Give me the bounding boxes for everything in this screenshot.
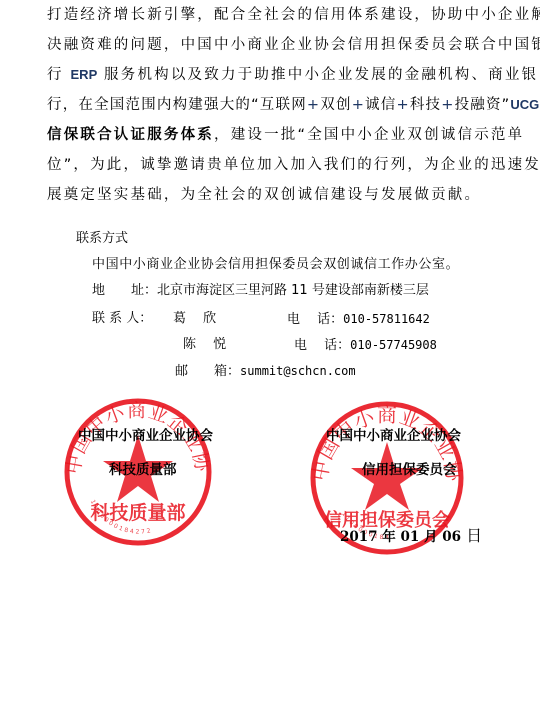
- paragraph-line: 打造经济增长新引擎，配合全社会的信用体系建设，协助中小企业解: [47, 4, 492, 26]
- ucg-term: UCG: [510, 97, 539, 112]
- left-org-label: 中国中小商业企业协会: [78, 424, 213, 444]
- left-dept-label: 科技质量部: [109, 458, 177, 478]
- plus-sign: +: [307, 97, 320, 113]
- date-month: 01: [400, 529, 419, 545]
- text-segment: 行，在全国范围内构建强大的“互联网: [47, 97, 307, 113]
- bold-term: 信保联合认证服务体系: [47, 127, 214, 143]
- paragraph-line: 展奠定坚实基础，为全社会的双创诚信建设与发展做贡献。: [47, 184, 492, 206]
- date-day: 06: [442, 529, 461, 545]
- phone-row-1: 电 话：010-57811642: [287, 309, 430, 330]
- phone-row-2: 电 话：010-57745908: [294, 335, 437, 356]
- right-dept-label: 信用担保委员会: [362, 458, 457, 478]
- date-day-unit: 日: [461, 526, 482, 545]
- email-label: 邮 箱：: [175, 364, 240, 379]
- text-segment: 服务机构以及致力于助推中小企业发展的金融机构、商业银: [97, 67, 538, 83]
- paragraph-line: 行 ERP 服务机构以及致力于助推中小企业发展的金融机构、商业银: [47, 64, 492, 86]
- contact-person-2-name: 陈 悦: [183, 335, 226, 355]
- text-segment: ，建设一批“全国中小企业双创诚信示范单: [214, 127, 524, 143]
- text-segment: 双创: [320, 97, 351, 113]
- contact-person-row-1: 联 系 人：: [92, 309, 152, 329]
- erp-term: ERP: [71, 67, 98, 82]
- text-segment: 投融资”: [455, 97, 511, 113]
- paragraph-line: 信保联合认证服务体系，建设一批“全国中小企业双创诚信示范单: [47, 124, 492, 146]
- signing-date: 2017 年 01 月 06 日: [340, 523, 482, 546]
- phone-label: 电 话：: [287, 312, 343, 327]
- contact-person-label: 联 系 人：: [92, 311, 152, 326]
- contact-person-1-name: 葛 欣: [173, 309, 216, 329]
- plus-sign: +: [441, 97, 454, 113]
- phone-value: 010-57811642: [343, 312, 430, 326]
- paragraph-line: 行，在全国范围内构建强大的“互联网+双创+诚信+科技+投融资”UCG: [47, 94, 492, 116]
- date-year: 2017: [340, 529, 378, 545]
- plus-sign: +: [352, 97, 365, 113]
- phone-label: 电 话：: [294, 338, 350, 353]
- contact-heading: 联系方式: [76, 229, 128, 249]
- date-year-unit: 年: [378, 529, 401, 545]
- text-segment: 诚信: [365, 97, 396, 113]
- text-segment: 科技: [410, 97, 441, 113]
- paragraph-line: 位”，为此，诚挚邀请贵单位加入加入我们的行列，为企业的迅速发: [47, 154, 492, 176]
- address-row: 地 址：北京市海淀区三里河路 11 号建设部南新楼三层: [92, 281, 429, 301]
- email-row: 邮 箱：summit@schcn.com: [175, 361, 356, 382]
- paragraph-line: 决融资难的问题，中国中小商业企业协会信用担保委员会联合中国银: [47, 34, 492, 56]
- address-label: 地 址：: [92, 283, 157, 298]
- office-name: 中国中小商业企业协会信用担保委员会双创诚信工作办公室。: [92, 255, 459, 275]
- date-month-unit: 月: [419, 529, 442, 545]
- address-value: 北京市海淀区三里河路 11 号建设部南新楼三层: [157, 283, 429, 298]
- phone-value: 010-57745908: [350, 338, 437, 352]
- right-org-label: 中国中小商业企业协会: [326, 424, 461, 444]
- plus-sign: +: [396, 97, 409, 113]
- text-segment: 行: [47, 67, 71, 83]
- email-link[interactable]: summit@schcn.com: [240, 364, 356, 378]
